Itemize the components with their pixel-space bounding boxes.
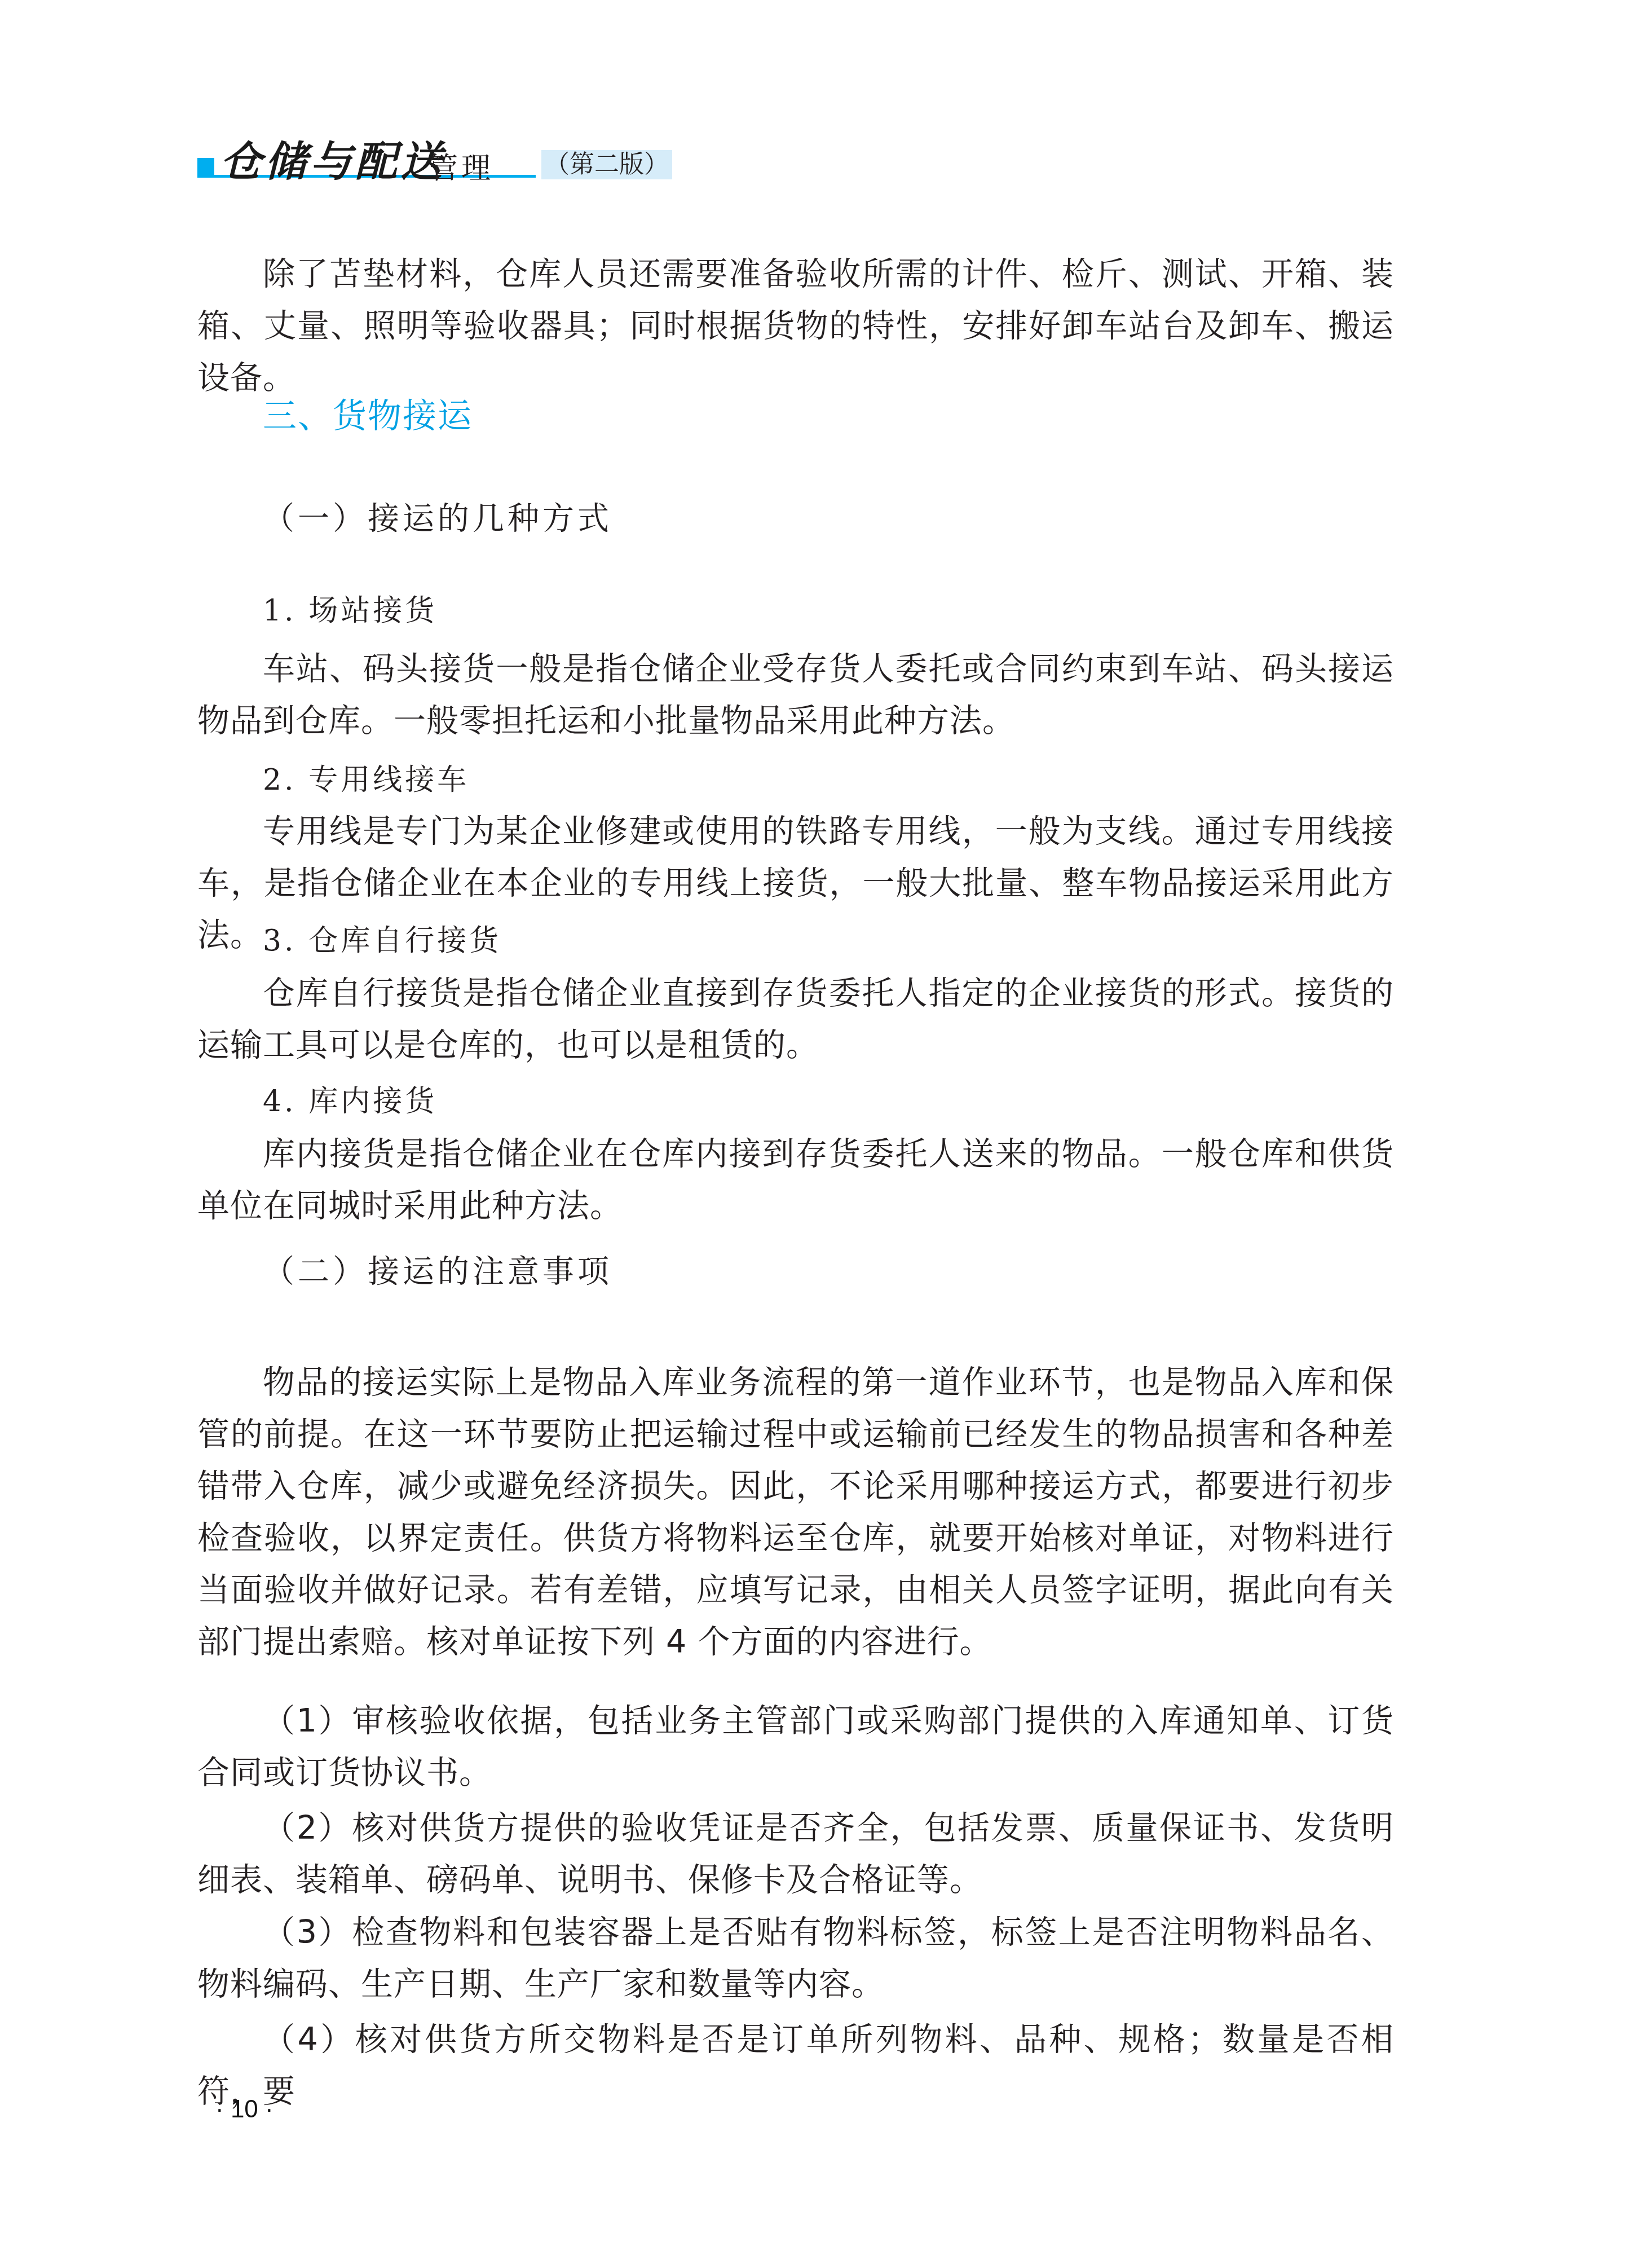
subsection-heading-1: （一）接运的几种方式 xyxy=(263,494,612,539)
book-title-calligraphy: 仓储与配送 xyxy=(220,129,445,188)
subsection-heading-2: （二）接运的注意事项 xyxy=(263,1247,612,1292)
check-point-1: （1）审核验收依据，包括业务主管部门或采购部门提供的入库通知单、订货合同或订货协… xyxy=(197,1695,1394,1799)
check-point-3: （3）检查物料和包装容器上是否贴有物料标签，标签上是否注明物料品名、物料编码、生… xyxy=(197,1906,1394,2010)
item-text-4: 库内接货是指仓储企业在仓库内接到存货委托人送来的物品。一般仓库和供货单位在同城时… xyxy=(197,1128,1394,1232)
edition-label: （第二版） xyxy=(541,150,672,179)
item-text-1: 车站、码头接货一般是指仓储企业受存货人委托或合同约束到车站、码头接运物品到仓库。… xyxy=(197,643,1394,747)
running-header: 仓储与配送 管理 （第二版） xyxy=(197,124,874,180)
page-number: · 10 · xyxy=(215,2095,273,2124)
item-title-3: 3. 仓库自行接货 xyxy=(263,917,501,959)
item-title-4: 4. 库内接货 xyxy=(263,1077,437,1120)
check-point-4: （4）核对供货方所交物料是否是订单所列物料、品种、规格；数量是否相符，要 xyxy=(197,2014,1394,2117)
item-title-2: 2. 专用线接车 xyxy=(263,756,469,798)
header-accent-square xyxy=(197,158,214,176)
check-point-2: （2）核对供货方提供的验收凭证是否齐全，包括发票、质量保证书、发货明细表、装箱单… xyxy=(197,1802,1394,1906)
intro-paragraph: 除了苫垫材料，仓库人员还需要准备验收所需的计件、检斤、测试、开箱、装箱、丈量、照… xyxy=(197,248,1394,404)
book-title-plain: 管理 xyxy=(429,144,494,187)
notes-paragraph: 物品的接运实际上是物品入库业务流程的第一道作业环节，也是物品入库和保管的前提。在… xyxy=(197,1357,1394,1668)
section-heading: 三、货物接运 xyxy=(263,389,473,438)
item-text-3: 仓库自行接货是指仓储企业直接到存货委托人指定的企业接货的形式。接货的运输工具可以… xyxy=(197,967,1394,1071)
item-title-1: 1. 场站接货 xyxy=(263,587,437,629)
